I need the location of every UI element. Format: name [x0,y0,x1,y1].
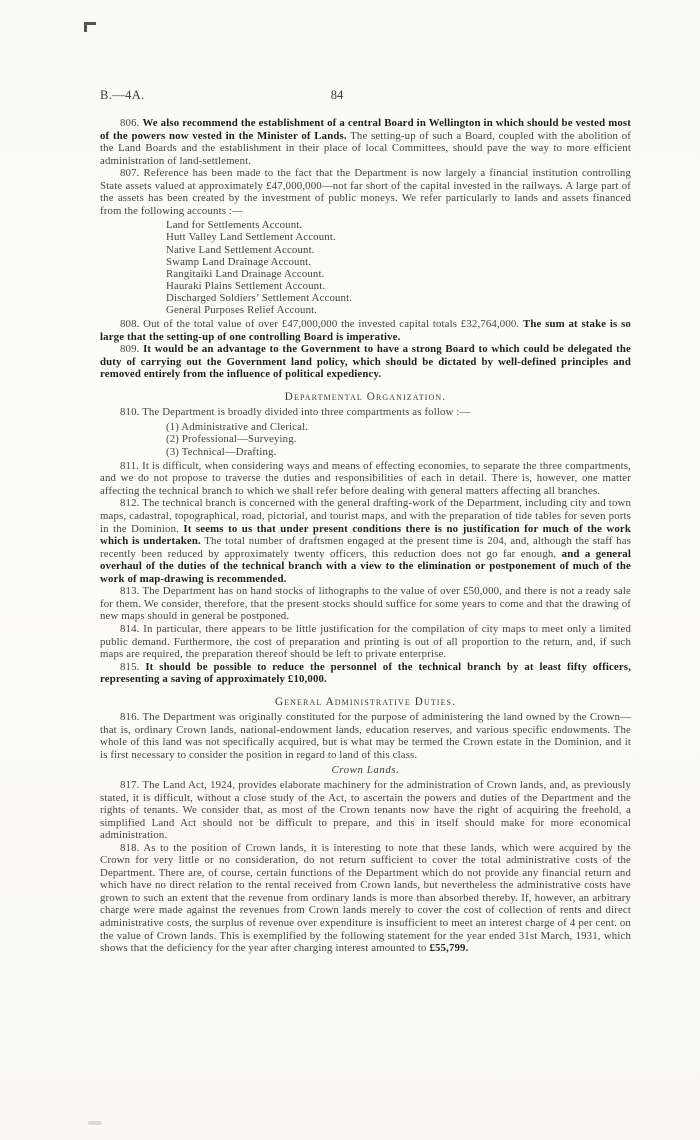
paragraph-807: 807. Reference has been made to the fact… [100,167,631,217]
list-item: Swamp Land Drainage Account. [166,256,631,268]
paragraph-812: 812. The technical branch is concerned w… [100,497,631,585]
list-item: Hauraki Plains Settlement Account. [166,280,631,292]
scan-artifact-speck [88,1121,102,1125]
page-header: B.—4A. 84 [100,88,630,104]
paragraph-818: 818. As to the position of Crown lands, … [100,842,631,955]
list-item: (1) Administrative and Clerical. [166,421,631,433]
list-item: Rangitaiki Land Drainage Account. [166,268,631,280]
paragraph-815: 815. It should be possible to reduce the… [100,661,631,686]
paragraph-814: 814. In particular, there appears to be … [100,623,631,661]
list-item: General Purposes Relief Account. [166,304,631,316]
list-item: Hutt Valley Land Settlement Account. [166,231,631,243]
list-item: Land for Settlements Account. [166,219,631,231]
recommendation-text: It would be an advantage to the Governme… [100,343,631,380]
page-body: 806. We also recommend the establishment… [100,117,631,955]
paragraph-text: 807. Reference has been made to the fact… [100,167,631,217]
compartments-list: (1) Administrative and Clerical. (2) Pro… [166,421,631,458]
paragraph-number: 809. [120,343,143,355]
list-item: (2) Professional—Surveying. [166,433,631,445]
scanned-page: B.—4A. 84 806. We also recommend the est… [0,0,700,1140]
paragraph-text: 818. As to the position of Crown lands, … [100,842,631,954]
paragraph-text: 814. In particular, there appears to be … [100,623,631,660]
paragraph-number: 815. [120,661,145,673]
paragraph-806: 806. We also recommend the establishment… [100,117,631,167]
accounts-list: Land for Settlements Account. Hutt Valle… [166,219,631,316]
paragraph-809: 809. It would be an advantage to the Gov… [100,343,631,381]
paragraph-text: 811. It is difficult, when considering w… [100,460,631,497]
paragraph-817: 817. The Land Act, 1924, provides elabor… [100,779,631,842]
paragraph-number: 806. [120,117,142,129]
paragraph-811: 811. It is difficult, when considering w… [100,460,631,498]
paragraph-808: 808. Out of the total value of over £47,… [100,318,631,343]
recommendation-text: It should be possible to reduce the pers… [100,661,631,686]
paragraph-text: 816. The Department was originally const… [100,711,631,761]
list-item: Native Land Settlement Account. [166,244,631,256]
paragraph-816: 816. The Department was originally const… [100,711,631,761]
list-item: Discharged Soldiers’ Settlement Account. [166,292,631,304]
paragraph-813: 813. The Department has on hand stocks o… [100,585,631,623]
list-item: (3) Technical—Drafting. [166,446,631,458]
deficiency-amount: £55,799. [429,942,468,954]
section-heading-general-administrative-duties: General Administrative Duties. [100,696,631,709]
page-number: 84 [100,88,574,103]
paragraph-text: 813. The Department has on hand stocks o… [100,585,631,622]
paragraph-text: 810. The Department is broadly divided i… [120,406,470,418]
scan-artifact-corner [84,22,96,32]
paragraph-text: 817. The Land Act, 1924, provides elabor… [100,779,631,841]
section-heading-departmental-organization: Departmental Organization. [100,391,631,404]
paragraph-810: 810. The Department is broadly divided i… [100,406,631,419]
paragraph-text: 808. Out of the total value of over £47,… [120,318,523,330]
sub-heading-crown-lands: Crown Lands. [100,764,631,777]
